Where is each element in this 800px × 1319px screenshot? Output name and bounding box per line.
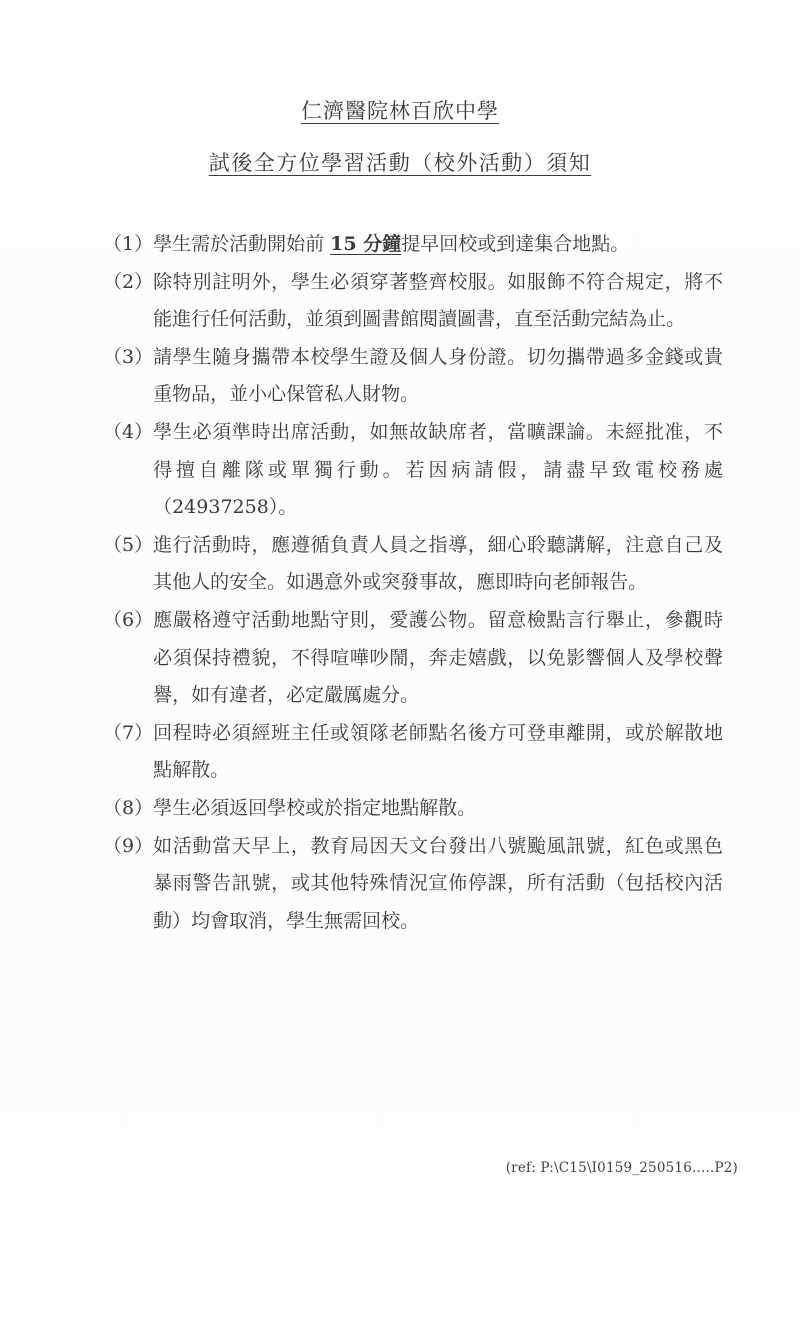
item-text: 學生必須返回學校或於指定地點解散。 [153,790,723,828]
item-text: 學生需於活動開始前 15 分鐘提早回校或到達集合地點。 [153,226,723,264]
item-number: （4） [103,414,153,527]
notice-item-6: （6） 應嚴格遵守活動地點守則，愛護公物。留意檢點言行舉止，參觀時必須保持禮貌，… [103,602,723,715]
emphasized-duration-text: 15 分鐘 [330,233,401,255]
notice-title: 試後全方位學習活動（校外活動）須知 [0,147,800,177]
item-number: （3） [103,339,153,414]
item-number: （8） [103,790,153,828]
item-text-before: 學生需於活動開始前 [153,233,330,255]
notice-item-5: （5） 進行活動時，應遵循負責人員之指導，細心聆聽講解，注意自己及其他人的安全。… [103,527,723,602]
item-text: 進行活動時，應遵循負責人員之指導，細心聆聽講解，注意自己及其他人的安全。如遇意外… [153,527,723,602]
item-text: 如活動當天早上，教育局因天文台發出八號颱風訊號，紅色或黑色暴雨警告訊號，或其他特… [153,828,723,941]
notice-item-4: （4） 學生必須準時出席活動，如無故缺席者，當曠課論。未經批准，不得擅自離隊或單… [103,414,723,527]
item-text: 請學生隨身攜帶本校學生證及個人身份證。切勿攜帶過多金錢或貴重物品，並小心保管私人… [153,339,723,414]
item-text: 學生必須準時出席活動，如無故缺席者，當曠課論。未經批准，不得擅自離隊或單獨行動。… [153,414,723,527]
notice-item-1: （1） 學生需於活動開始前 15 分鐘提早回校或到達集合地點。 [103,226,723,264]
reference-number: (ref: P:\C15\I0159_250516.....P2) [506,1160,738,1176]
notice-item-2: （2） 除特別註明外，學生必須穿著整齊校服。如服飾不符合規定，將不能進行任何活動… [103,264,723,339]
item-number: （5） [103,527,153,602]
item-number: （6） [103,602,153,715]
item-text-after: 提早回校或到達集合地點。 [401,233,629,255]
notice-item-9: （9） 如活動當天早上，教育局因天文台發出八號颱風訊號，紅色或黑色暴雨警告訊號，… [103,828,723,941]
notice-item-7: （7） 回程時必須經班主任或領隊老師點名後方可登車離開，或於解散地點解散。 [103,715,723,790]
item-number: （9） [103,828,153,941]
notice-item-3: （3） 請學生隨身攜帶本校學生證及個人身份證。切勿攜帶過多金錢或貴重物品，並小心… [103,339,723,414]
document-page: 仁濟醫院林百欣中學 試後全方位學習活動（校外活動）須知 （1） 學生需於活動開始… [0,0,800,1319]
item-number: （2） [103,264,153,339]
notice-item-8: （8） 學生必須返回學校或於指定地點解散。 [103,790,723,828]
school-name-title: 仁濟醫院林百欣中學 [0,95,800,125]
item-text: 回程時必須經班主任或領隊老師點名後方可登車離開，或於解散地點解散。 [153,715,723,790]
item-number: （1） [103,226,153,264]
school-name-text: 仁濟醫院林百欣中學 [301,99,499,123]
item-text: 除特別註明外，學生必須穿著整齊校服。如服飾不符合規定，將不能進行任何活動，並須到… [153,264,723,339]
notice-title-text: 試後全方位學習活動（校外活動）須知 [209,151,592,175]
item-number: （7） [103,715,153,790]
notice-item-list: （1） 學生需於活動開始前 15 分鐘提早回校或到達集合地點。 （2） 除特別註… [103,226,723,940]
item-text: 應嚴格遵守活動地點守則，愛護公物。留意檢點言行舉止，參觀時必須保持禮貌，不得喧嘩… [153,602,723,715]
